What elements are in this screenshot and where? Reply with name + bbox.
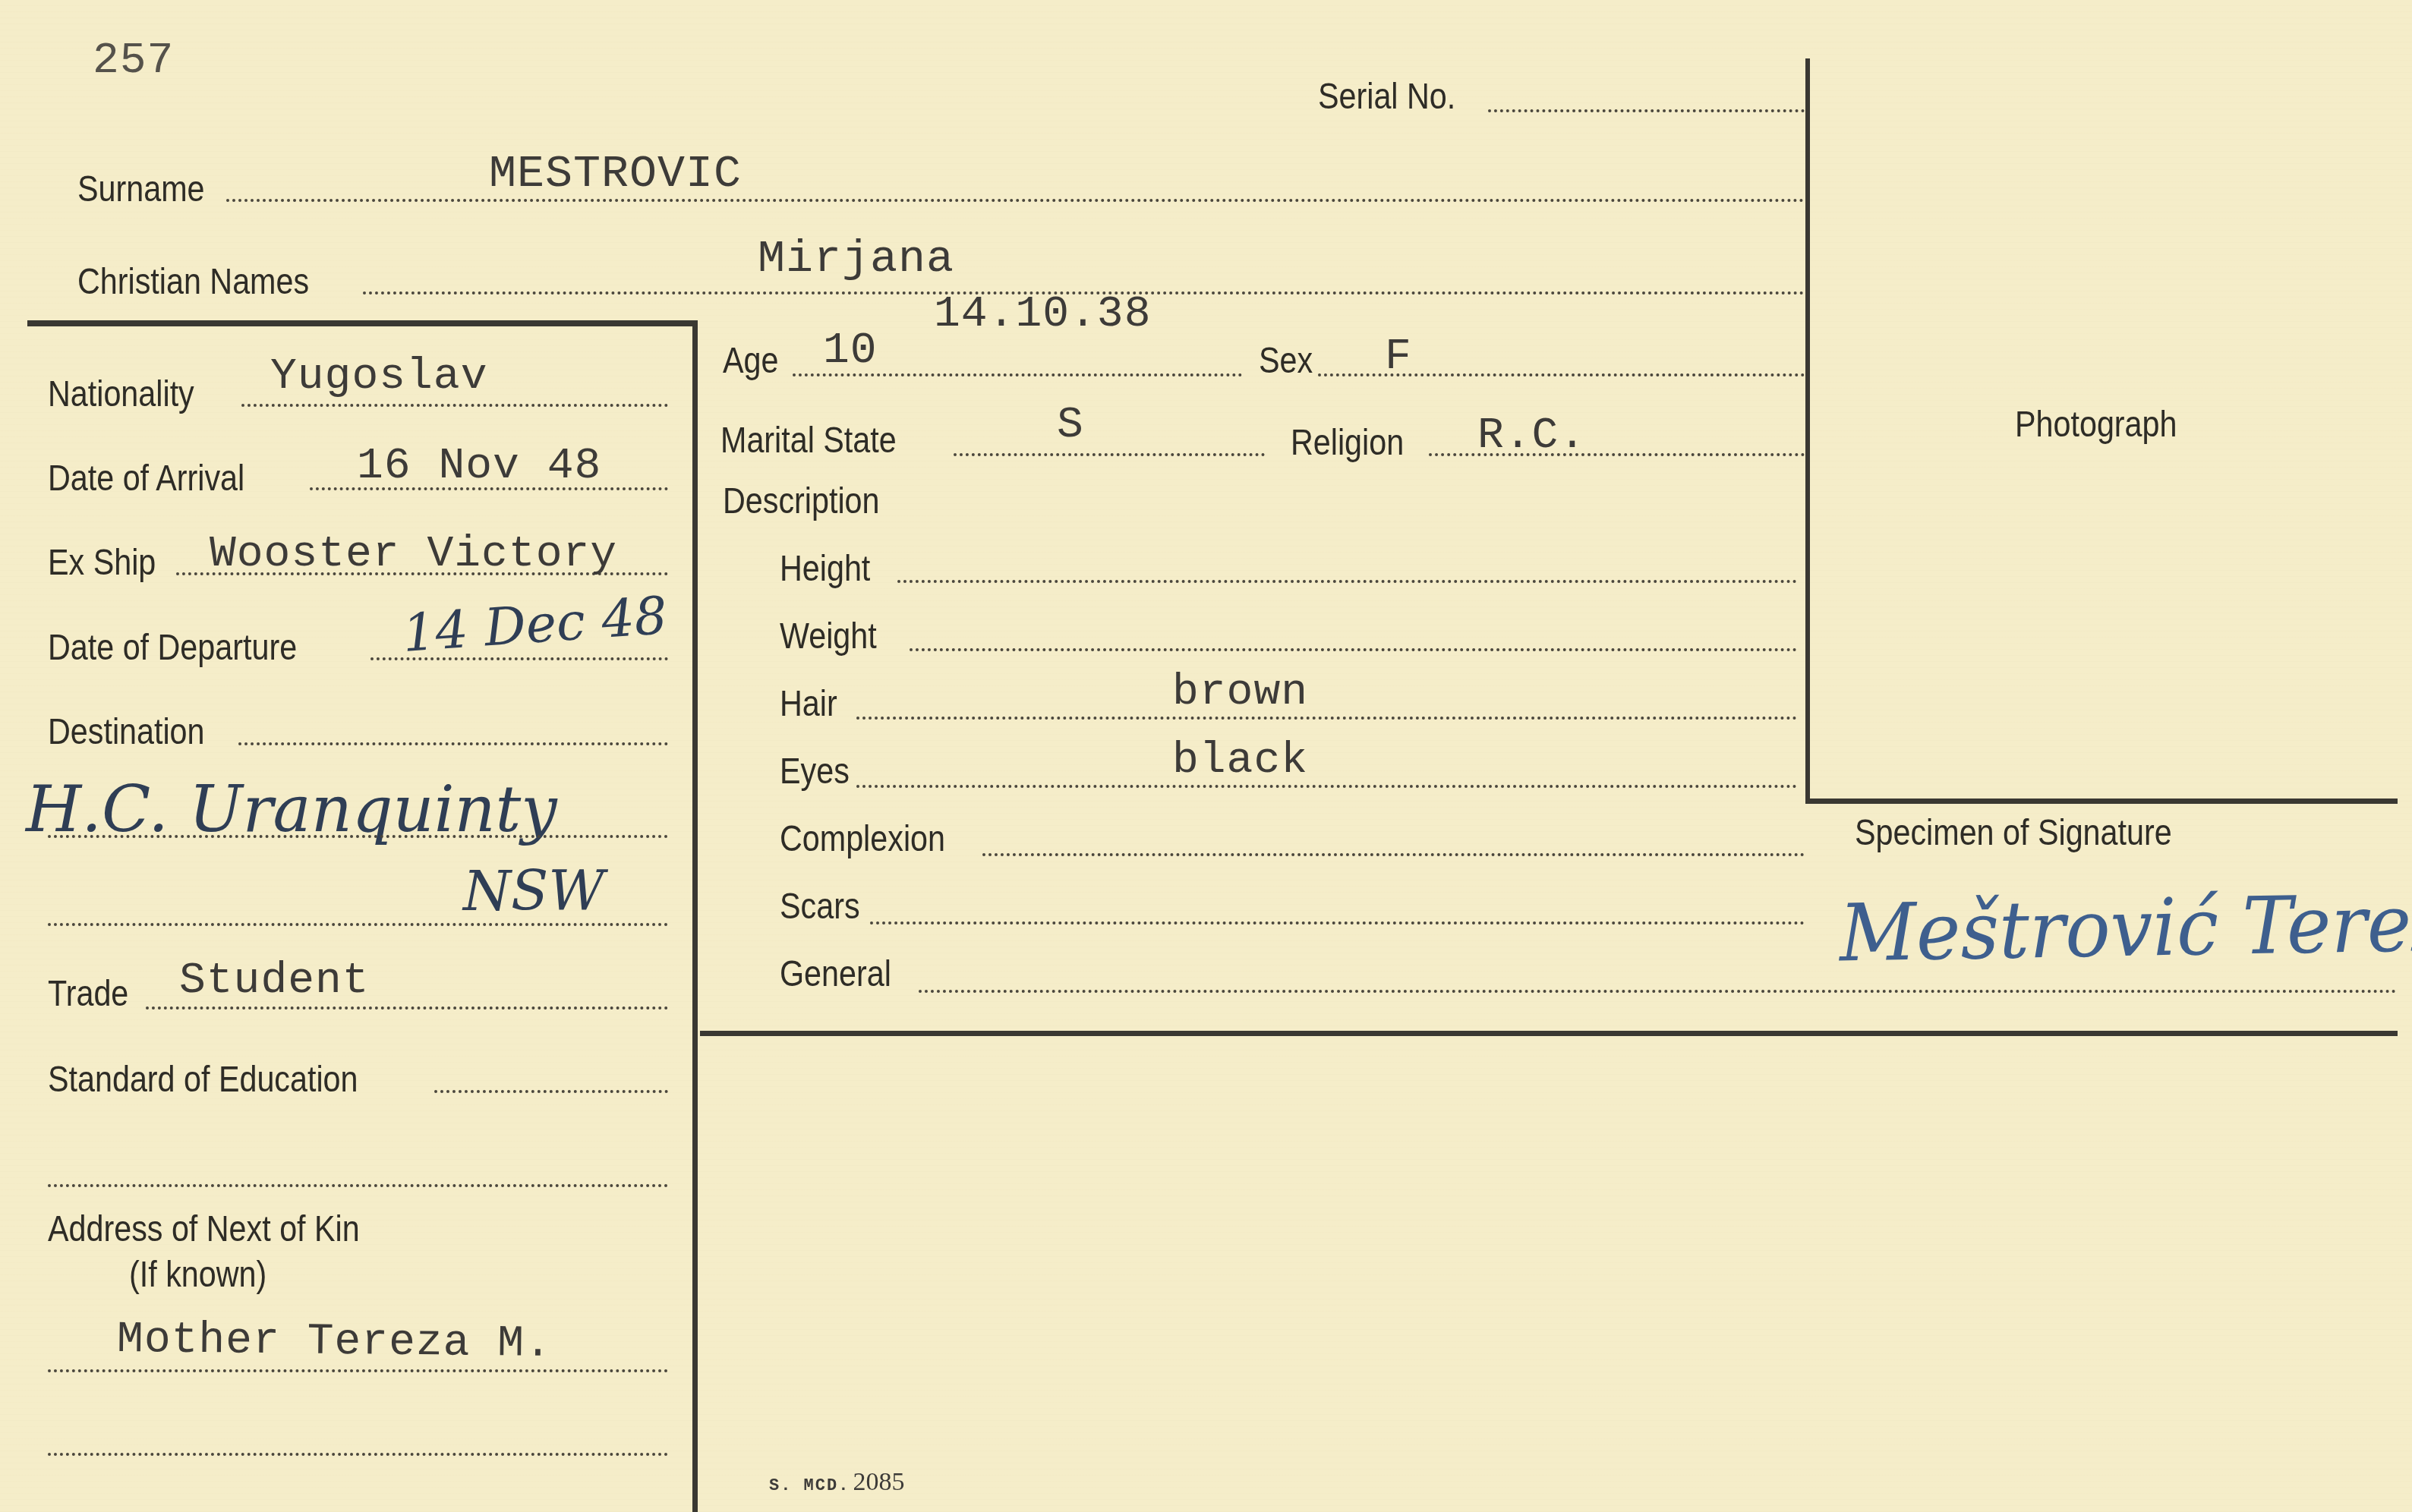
nationality-field: [241, 404, 668, 407]
marital-state-value: S: [1057, 404, 1084, 448]
scars-label: Scars: [780, 889, 860, 925]
ex-ship-label: Ex Ship: [48, 545, 156, 581]
general-label: General: [780, 956, 891, 993]
destination-field-line3: [48, 923, 668, 926]
height-label: Height: [780, 551, 870, 587]
religion-label: Religion: [1291, 425, 1404, 461]
hair-label: Hair: [780, 686, 837, 723]
surname-field: [226, 199, 1805, 202]
nationality-value: Yugoslav: [270, 355, 487, 399]
photo-box-left-border: [1805, 58, 1810, 804]
form-code-number: 2085: [853, 1468, 904, 1496]
description-label: Description: [723, 484, 879, 520]
marital-state-field: [954, 453, 1265, 456]
photograph-label: Photograph: [2015, 407, 2177, 443]
next-of-kin-field: [48, 1369, 668, 1372]
religion-value: R.C.: [1477, 414, 1586, 458]
next-of-kin-value: Mother Tereza M.: [117, 1318, 552, 1367]
ex-ship-value: Wooster Victory: [210, 533, 617, 577]
destination-value-line2: NSW: [463, 864, 604, 918]
address-next-of-kin-label: Address of Next of Kin: [48, 1211, 360, 1248]
christian-names-label: Christian Names: [77, 264, 309, 301]
specimen-of-signature-label: Specimen of Signature: [1855, 815, 2172, 852]
hair-field: [856, 717, 1797, 720]
destination-value-line1: H.C. Uranquinty: [26, 777, 557, 841]
weight-field: [910, 648, 1797, 651]
surname-label: Surname: [77, 172, 204, 208]
standard-of-education-label: Standard of Education: [48, 1062, 358, 1098]
age-value: 10: [823, 329, 878, 373]
hair-value: brown: [1172, 671, 1308, 715]
if-known-label: (If known): [129, 1257, 266, 1293]
description-bottom-rule: [700, 1031, 2398, 1036]
signature: Meštrović Tereza: [1839, 882, 2412, 972]
next-of-kin-field-line2: [48, 1453, 668, 1456]
serial-no-field: [1488, 109, 1805, 112]
trade-value: Student: [179, 959, 370, 1003]
destination-field-line2: [48, 835, 668, 838]
form-code: S. MCD. 2085: [769, 1468, 904, 1497]
eyes-label: Eyes: [780, 754, 850, 790]
general-field: [919, 990, 2397, 993]
scars-field: [870, 921, 1805, 925]
age-label: Age: [723, 343, 778, 380]
left-panel-top-rule: [27, 320, 697, 326]
trade-label: Trade: [48, 976, 128, 1013]
sex-label: Sex: [1259, 343, 1313, 380]
christian-names-value: Mirjana: [758, 237, 954, 282]
sex-value: F: [1385, 335, 1412, 380]
date-of-departure-value: 14 Dec 48: [401, 591, 669, 660]
eyes-value: black: [1172, 739, 1308, 783]
complexion-label: Complexion: [780, 821, 945, 858]
card-number: 257: [93, 39, 174, 83]
standard-of-education-field: [434, 1090, 668, 1093]
serial-no-label: Serial No.: [1318, 79, 1455, 115]
destination-label: Destination: [48, 714, 205, 751]
complexion-field: [982, 853, 1805, 856]
immigration-record-card: 257 Serial No. Surname MESTROVIC Christi…: [0, 0, 2412, 1512]
weight-label: Weight: [780, 619, 877, 655]
height-field: [897, 580, 1797, 583]
eyes-field: [856, 785, 1797, 788]
date-of-arrival-label: Date of Arrival: [48, 461, 244, 497]
standard-of-education-field-line2: [48, 1184, 668, 1187]
marital-state-label: Marital State: [720, 423, 897, 459]
date-of-departure-label: Date of Departure: [48, 630, 297, 666]
date-of-arrival-value: 16 Nov 48: [357, 445, 601, 489]
destination-field: [238, 742, 668, 745]
nationality-label: Nationality: [48, 376, 194, 413]
form-code-prefix: S. MCD.: [769, 1476, 850, 1495]
left-panel-divider: [692, 320, 698, 1512]
photo-box-bottom-border: [1805, 799, 2398, 804]
date-of-birth-value: 14.10.38: [934, 293, 1151, 337]
trade-field: [146, 1006, 668, 1010]
surname-value: MESTROVIC: [489, 152, 742, 197]
